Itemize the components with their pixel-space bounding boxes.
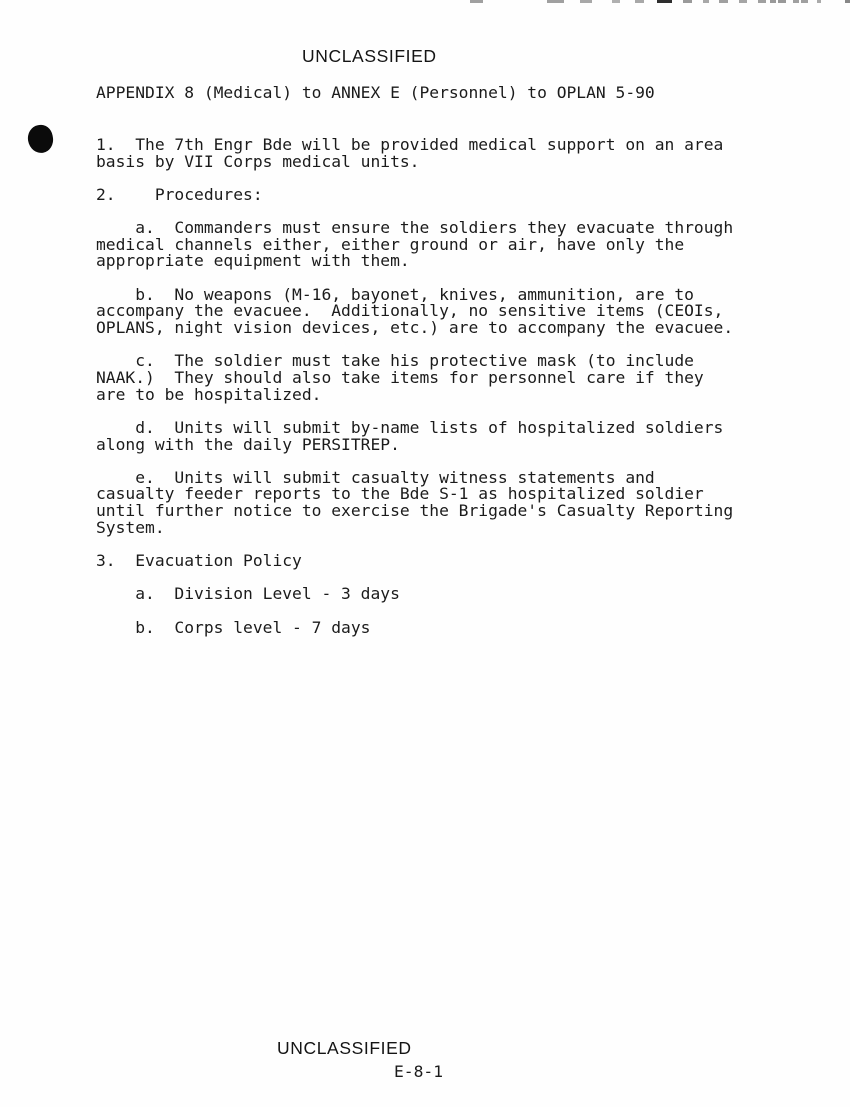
scan-artifact <box>817 0 821 3</box>
scan-artifact <box>793 0 799 3</box>
scan-artifact <box>580 0 592 3</box>
scan-artifact <box>739 0 747 3</box>
scan-artifact <box>778 0 786 3</box>
text-line: 3. Evacuation Policy <box>96 553 733 570</box>
document-title: APPENDIX 8 (Medical) to ANNEX E (Personn… <box>96 85 655 102</box>
scan-artifact <box>683 0 692 3</box>
document-body: 1. The 7th Engr Bde will be provided med… <box>96 137 733 636</box>
scan-artifact <box>758 0 766 3</box>
scan-artifact <box>657 0 672 3</box>
scan-artifact <box>547 0 564 3</box>
text-line: a. Division Level - 3 days <box>96 586 733 603</box>
text-line: OPLANS, night vision devices, etc.) are … <box>96 320 733 337</box>
text-line: 2. Procedures: <box>96 187 733 204</box>
text-line: b. Corps level - 7 days <box>96 620 733 637</box>
page-number: E-8-1 <box>394 1064 443 1081</box>
classification-header: UNCLASSIFIED <box>302 46 437 67</box>
text-line: appropriate equipment with them. <box>96 253 733 270</box>
scan-artifact <box>719 0 728 3</box>
scan-artifact <box>770 0 776 3</box>
text-line: are to be hospitalized. <box>96 387 733 404</box>
scan-artifact <box>801 0 808 3</box>
classification-footer: UNCLASSIFIED <box>277 1038 412 1059</box>
scan-artifact <box>845 0 850 3</box>
scanned-document-page: UNCLASSIFIED APPENDIX 8 (Medical) to ANN… <box>0 0 850 1107</box>
punch-hole-mark <box>26 123 55 155</box>
scan-artifact <box>703 0 709 3</box>
scan-artifact <box>635 0 644 3</box>
text-line: basis by VII Corps medical units. <box>96 154 733 171</box>
text-line: System. <box>96 520 733 537</box>
text-line: until further notice to exercise the Bri… <box>96 503 733 520</box>
text-line: along with the daily PERSITREP. <box>96 437 733 454</box>
scan-artifact <box>612 0 620 3</box>
scan-artifact <box>470 0 483 3</box>
